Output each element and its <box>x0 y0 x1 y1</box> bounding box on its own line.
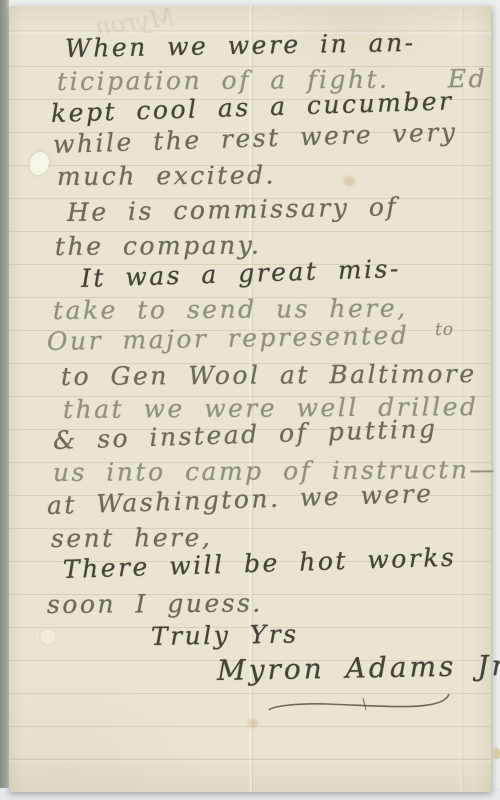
letter-line: the company. <box>55 231 262 261</box>
letter-line: He is commissary of <box>67 192 399 227</box>
letter-signature: Myron Adams Jr <box>217 649 500 687</box>
foxing-stain <box>343 176 355 186</box>
letter-line: take to send us here, <box>53 294 408 325</box>
letter-line: to Gen Wool at Baltimore <box>61 359 477 391</box>
bottom-fold-crease <box>9 758 491 762</box>
letter-paper: Myron When we were in an- ticipation of … <box>9 6 491 792</box>
letter-line: sent here, <box>51 523 213 553</box>
letter-line: much excited. <box>57 160 276 191</box>
letter-scan: Myron When we were in an- ticipation of … <box>0 0 500 800</box>
signature-flourish <box>267 690 451 720</box>
foxing-stain <box>248 719 258 728</box>
letter-line: soon I guess. <box>47 588 263 619</box>
punch-mark <box>39 628 57 646</box>
letter-line: When we were in an- <box>65 28 416 63</box>
edge-nick <box>493 748 500 759</box>
scan-background-left <box>0 0 9 800</box>
inserted-word: to <box>435 320 454 340</box>
letter-closing: Truly Yrs <box>151 619 299 651</box>
